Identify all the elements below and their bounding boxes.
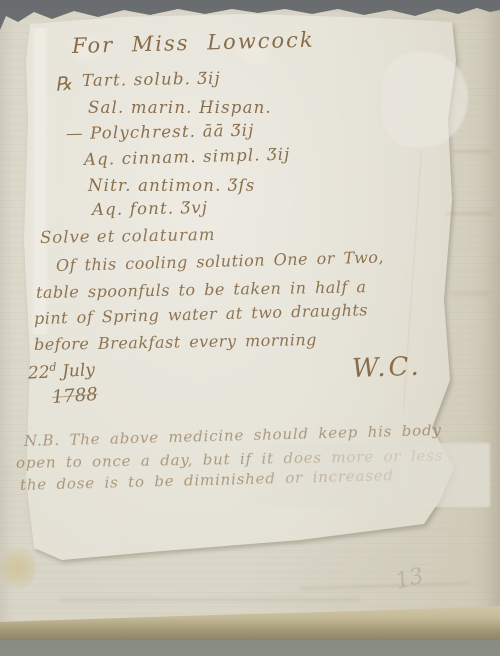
date-line: 22d July bbox=[27, 359, 95, 384]
physician-initials: W.C. bbox=[351, 352, 422, 384]
ink-showthrough bbox=[446, 212, 492, 215]
paper-stain bbox=[0, 546, 36, 590]
date-month: July bbox=[56, 360, 95, 382]
recipe-line: Aq. font. Ʒvj bbox=[92, 198, 208, 219]
recipe-line: Nitr. antimon. Ʒſs bbox=[88, 176, 255, 195]
faded-ink-patch bbox=[238, 443, 490, 507]
recipe-line: — Polychrest. āā Ʒij bbox=[66, 121, 255, 143]
subscription-line: Solve et colaturam bbox=[40, 225, 216, 247]
date-day: 22 bbox=[28, 363, 51, 384]
recipe-line: Tart. solub. Ʒij bbox=[82, 69, 221, 90]
manuscript-photo: For Miss Lowcock ℞ Tart. solub. Ʒij Sal.… bbox=[0, 0, 500, 656]
ink-showthrough bbox=[450, 292, 490, 295]
recipe-line: Sal. marin. Hispan. bbox=[88, 98, 272, 117]
ink-showthrough bbox=[60, 598, 360, 602]
year-line: 1788 bbox=[51, 384, 98, 408]
rx-symbol: ℞ bbox=[54, 72, 73, 96]
ink-showthrough bbox=[452, 150, 492, 153]
